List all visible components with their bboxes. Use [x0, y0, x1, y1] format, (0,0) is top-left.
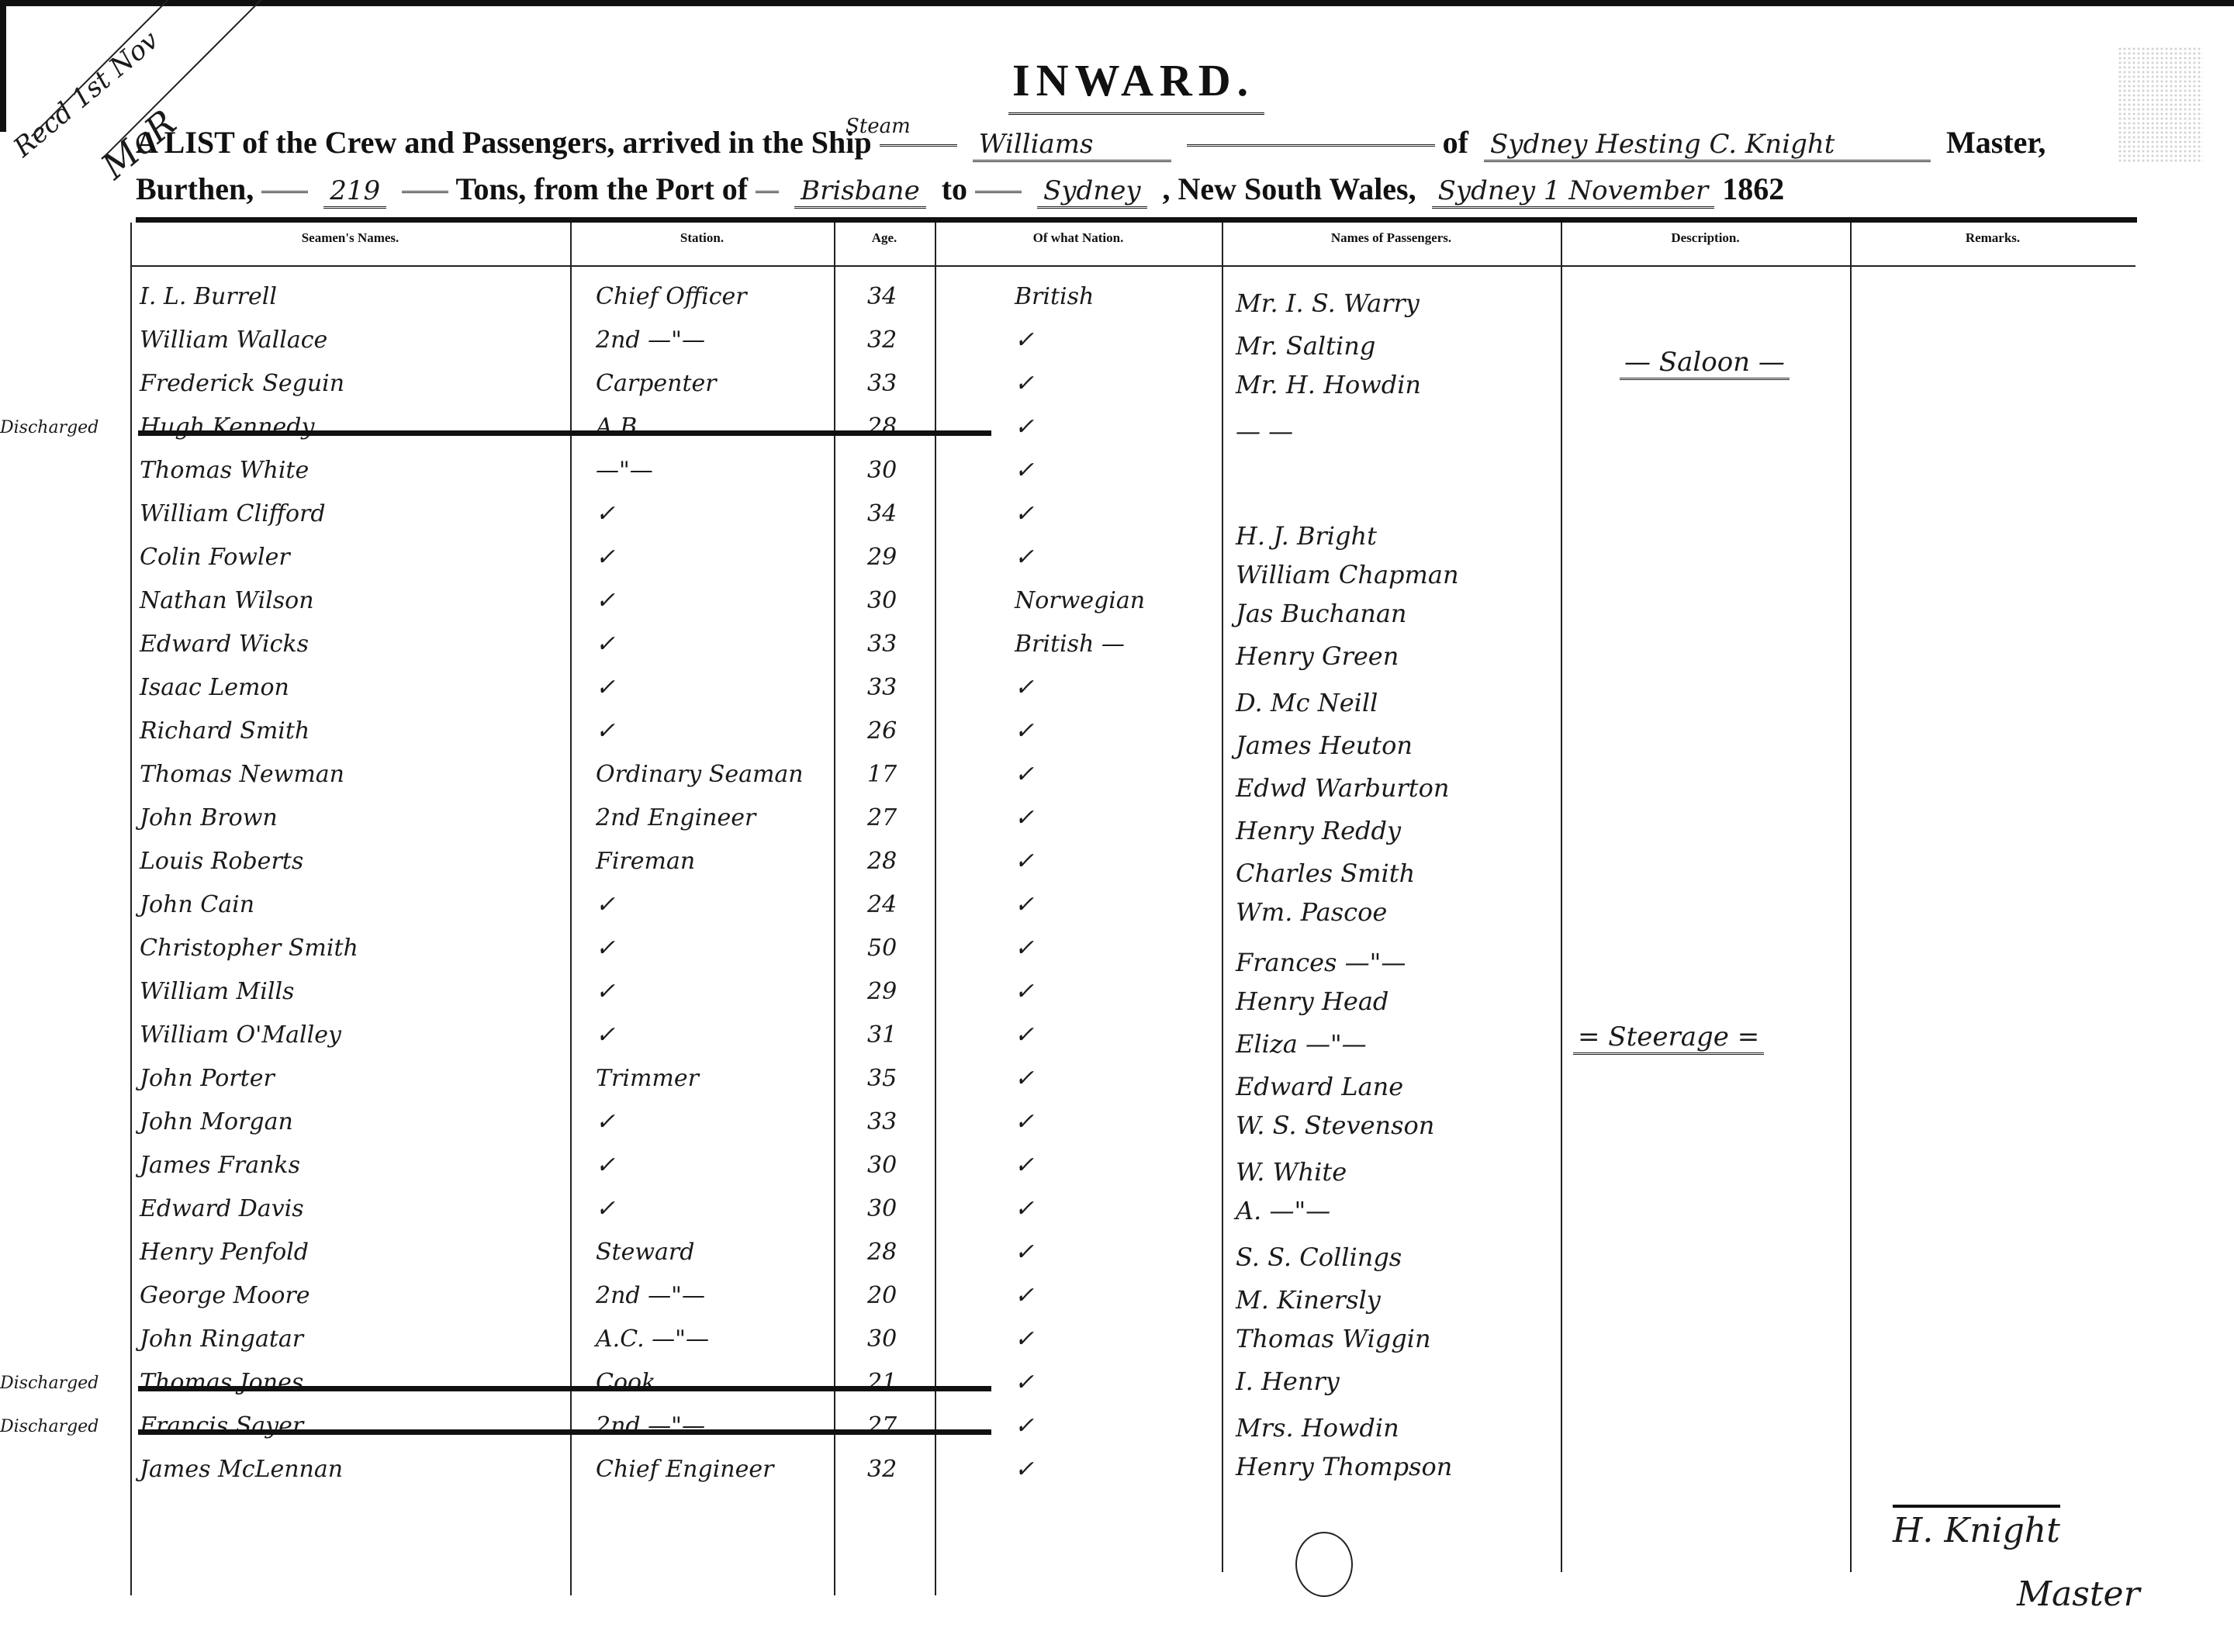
- seaman-station: 2nd —"—: [596, 327, 705, 354]
- seaman-name: Richard Smith: [140, 717, 310, 745]
- seaman-age: 20: [867, 1282, 897, 1309]
- strikethrough-line: [138, 1429, 991, 1435]
- passenger-name: Jas Buchanan: [1236, 599, 1407, 628]
- seaman-age: 27: [867, 1412, 897, 1439]
- seaman-name: Edward Wicks: [140, 631, 309, 658]
- seaman-station: ✓: [596, 674, 615, 701]
- seaman-station: 2nd —"—: [596, 1412, 705, 1439]
- passenger-name: James Heuton: [1236, 731, 1413, 760]
- column-header-age: Age.: [834, 230, 935, 246]
- seaman-age: 30: [867, 1152, 897, 1179]
- seaman-age: 17: [867, 761, 897, 788]
- seaman-station: A.C. —"—: [596, 1325, 709, 1353]
- seaman-nation: ✓: [1015, 1369, 1034, 1396]
- seaman-age: 31: [867, 1021, 897, 1049]
- seaman-station: ✓: [596, 1108, 615, 1135]
- saloon-description: — Saloon —: [1620, 347, 1790, 380]
- master-label: Master,: [1946, 125, 2046, 160]
- fill-rule: [402, 191, 448, 193]
- passenger-name: Edwd Warburton: [1236, 773, 1450, 803]
- seaman-name: John Cain: [140, 891, 254, 918]
- passenger-name: Mr. I. S. Warry: [1236, 289, 1420, 318]
- crew-row: John PorterTrimmer35✓: [130, 1059, 2135, 1102]
- header-line-2: Burthen, 219 Tons, from the Port of Bris…: [136, 171, 1784, 209]
- seal-mark: [1295, 1532, 1353, 1597]
- passenger-name: W. S. Stevenson: [1236, 1111, 1434, 1140]
- seaman-age: 32: [867, 1456, 897, 1483]
- seaman-nation: ✓: [1015, 804, 1034, 831]
- column-header-seamen: Seamen's Names.: [130, 230, 570, 246]
- seaman-age: 30: [867, 1325, 897, 1353]
- seaman-age: 33: [867, 674, 897, 701]
- seaman-nation: ✓: [1015, 674, 1034, 701]
- crew-row: George Moore2nd —"—20✓: [130, 1276, 2135, 1319]
- crew-row: Edward Wicks✓33British —: [130, 624, 2135, 668]
- column-header-nation: Of what Nation.: [935, 230, 1222, 246]
- seaman-name: George Moore: [140, 1282, 310, 1309]
- seaman-age: 34: [867, 500, 897, 527]
- discharged-margin-note: Discharged: [0, 1374, 99, 1393]
- seaman-age: 30: [867, 587, 897, 614]
- passenger-name: Mrs. Howdin: [1236, 1413, 1399, 1443]
- seaman-name: John Morgan: [140, 1108, 293, 1135]
- seaman-station: Steward: [596, 1239, 694, 1266]
- seaman-station: ✓: [596, 1152, 615, 1179]
- column-header-station: Station.: [570, 230, 834, 246]
- seaman-station: ✓: [596, 891, 615, 918]
- to-port: Sydney: [1037, 175, 1147, 209]
- seaman-station: ✓: [596, 1195, 615, 1222]
- seaman-nation: ✓: [1015, 500, 1034, 527]
- column-header-description: Description.: [1561, 230, 1850, 246]
- seaman-age: 28: [867, 848, 897, 875]
- seaman-station: 2nd —"—: [596, 1282, 705, 1309]
- seaman-nation: ✓: [1015, 1108, 1034, 1135]
- column-header-remarks: Remarks.: [1850, 230, 2135, 246]
- scan-edge-top: [0, 0, 2234, 6]
- crew-row: John Morgan✓33✓: [130, 1102, 2135, 1146]
- seaman-name: Hugh Kennedy: [140, 413, 314, 441]
- passenger-name: Eliza —"—: [1236, 1029, 1367, 1059]
- seaman-age: 28: [867, 413, 897, 441]
- seaman-station: Carpenter: [596, 370, 717, 397]
- ship-label: Ship: [811, 125, 872, 160]
- seaman-station: Ordinary Seaman: [596, 761, 804, 788]
- burthen-label: Burthen,: [136, 171, 254, 206]
- seaman-nation: ✓: [1015, 327, 1034, 354]
- passenger-name: H. J. Bright: [1236, 521, 1377, 551]
- fill-rule: [880, 144, 957, 147]
- burthen-tons: 219: [323, 175, 386, 209]
- scan-edge-left: [0, 0, 6, 132]
- header-line-1: A LIST of the Crew and Passengers, arriv…: [136, 124, 2046, 162]
- seaman-station: ✓: [596, 717, 615, 745]
- strikethrough-line: [138, 430, 991, 436]
- crew-row: John Brown2nd Engineer27✓: [130, 798, 2135, 842]
- passenger-name: Henry Thompson: [1236, 1452, 1452, 1481]
- arrival-date: Sydney 1 November: [1432, 175, 1715, 209]
- seaman-station: ✓: [596, 500, 615, 527]
- seaman-name: James McLennan: [140, 1456, 343, 1483]
- seaman-name: Francis Sayer: [140, 1412, 303, 1439]
- tons-label: Tons, from the Port of: [455, 171, 748, 206]
- seaman-nation: ✓: [1015, 1065, 1034, 1092]
- column-header-passengers: Names of Passengers.: [1222, 230, 1561, 246]
- document-title: INWARD.: [1012, 54, 1254, 106]
- crew-row: Henry PenfoldSteward28✓: [130, 1232, 2135, 1276]
- seaman-nation: ✓: [1015, 717, 1034, 745]
- seaman-age: 33: [867, 370, 897, 397]
- crew-row: John Cain✓24✓: [130, 885, 2135, 928]
- seaman-name: John Ringatar: [140, 1325, 303, 1353]
- passenger-name: Henry Reddy: [1236, 816, 1401, 845]
- seaman-station: Trimmer: [596, 1065, 699, 1092]
- seaman-nation: ✓: [1015, 848, 1034, 875]
- seaman-nation: ✓: [1015, 544, 1034, 571]
- seaman-age: 24: [867, 891, 897, 918]
- seaman-age: 21: [867, 1369, 897, 1396]
- crew-row: Isaac Lemon✓33✓: [130, 668, 2135, 711]
- seaman-name: Colin Fowler: [140, 544, 290, 571]
- seaman-name: William Mills: [140, 978, 294, 1005]
- seaman-name: Christopher Smith: [140, 935, 358, 962]
- to-label: to: [942, 171, 967, 206]
- passenger-name: A. —"—: [1236, 1196, 1330, 1225]
- passenger-name: Charles Smith: [1236, 859, 1415, 888]
- list-intro: A LIST of the Crew and Passengers, arriv…: [136, 125, 804, 160]
- seaman-station: Cook: [596, 1369, 655, 1396]
- fill-rule: [756, 191, 779, 193]
- seaman-age: 33: [867, 1108, 897, 1135]
- scan-noise: [2118, 47, 2203, 163]
- master-signature: H. Knight: [1893, 1505, 2060, 1550]
- header-bottom-rule: [130, 265, 2135, 267]
- seaman-station: ✓: [596, 1021, 615, 1049]
- seaman-nation: ✓: [1015, 1239, 1034, 1266]
- crew-row: Nathan Wilson✓30Norwegian: [130, 581, 2135, 624]
- seaman-age: 50: [867, 935, 897, 962]
- seaman-station: Chief Officer: [596, 283, 747, 310]
- seaman-name: Louis Roberts: [140, 848, 303, 875]
- passenger-name: I. Henry: [1236, 1367, 1340, 1396]
- seaman-station: Fireman: [596, 848, 695, 875]
- seaman-nation: ✓: [1015, 457, 1034, 484]
- seaman-age: 29: [867, 978, 897, 1005]
- passenger-name: Thomas Wiggin: [1236, 1324, 1431, 1353]
- master-name: Sydney Hesting C. Knight: [1484, 129, 1931, 162]
- manifest-table: Seamen's Names. Station. Age. Of what Na…: [130, 223, 2135, 1619]
- seaman-age: 34: [867, 283, 897, 310]
- seaman-station: A.B.: [596, 413, 645, 441]
- seaman-nation: ✓: [1015, 1282, 1034, 1309]
- region-label: , New South Wales,: [1163, 171, 1416, 206]
- seaman-name: William Wallace: [140, 327, 327, 354]
- seaman-nation: ✓: [1015, 1195, 1034, 1222]
- steerage-description: = Steerage =: [1573, 1021, 1764, 1055]
- seaman-name: Isaac Lemon: [140, 674, 289, 701]
- passenger-name: Henry Green: [1236, 641, 1399, 671]
- seaman-station: ✓: [596, 978, 615, 1005]
- seaman-nation: ✓: [1015, 1325, 1034, 1353]
- crew-row: James McLennanChief Engineer32✓: [130, 1450, 2135, 1493]
- passenger-name: W. White: [1236, 1157, 1347, 1187]
- seaman-station: ✓: [596, 631, 615, 658]
- seaman-age: 30: [867, 1195, 897, 1222]
- crew-row: Hugh KennedyA.B.28✓: [130, 407, 2135, 451]
- seaman-station: ✓: [596, 935, 615, 962]
- seaman-age: 28: [867, 1239, 897, 1266]
- seaman-name: Frederick Seguin: [140, 370, 344, 397]
- seaman-age: 30: [867, 457, 897, 484]
- discharged-margin-note: Discharged: [0, 1417, 99, 1436]
- passenger-name: Mr. H. Howdin: [1236, 370, 1421, 399]
- seaman-nation: ✓: [1015, 978, 1034, 1005]
- passenger-name: S. S. Collings: [1236, 1242, 1402, 1272]
- crew-row: Frederick SeguinCarpenter33✓: [130, 364, 2135, 407]
- crew-row: William O'Malley✓31✓: [130, 1015, 2135, 1059]
- seaman-age: 35: [867, 1065, 897, 1092]
- seaman-station: ✓: [596, 544, 615, 571]
- from-port: Brisbane: [794, 175, 926, 209]
- seaman-age: 26: [867, 717, 897, 745]
- seaman-name: Nathan Wilson: [140, 587, 314, 614]
- passenger-name: Wm. Pascoe: [1236, 897, 1387, 927]
- seaman-station: ✓: [596, 587, 615, 614]
- seaman-name: Henry Penfold: [140, 1239, 309, 1266]
- arrival-year: 1862: [1722, 171, 1784, 206]
- crew-row: Richard Smith✓26✓: [130, 711, 2135, 755]
- ship-name: Williams: [973, 129, 1171, 162]
- discharged-margin-note: Discharged: [0, 418, 99, 437]
- seaman-nation: ✓: [1015, 1456, 1034, 1483]
- seaman-station: 2nd Engineer: [596, 804, 756, 831]
- seaman-name: I. L. Burrell: [140, 283, 277, 310]
- passenger-name: William Chapman: [1236, 560, 1459, 589]
- seaman-name: William Clifford: [140, 500, 326, 527]
- seaman-name: William O'Malley: [140, 1021, 341, 1049]
- crew-row: James Franks✓30✓: [130, 1146, 2135, 1189]
- crew-row: Francis Sayer2nd —"—27✓: [130, 1406, 2135, 1450]
- seaman-name: John Porter: [140, 1065, 275, 1092]
- seaman-name: Thomas White: [140, 457, 309, 484]
- passenger-name: Henry Head: [1236, 987, 1388, 1016]
- seaman-station: —"—: [596, 457, 653, 484]
- seaman-nation: ✓: [1015, 891, 1034, 918]
- seaman-name: John Brown: [140, 804, 278, 831]
- fill-rule: [1187, 144, 1435, 147]
- seaman-nation: ✓: [1015, 413, 1034, 441]
- seaman-nation: British —: [1015, 631, 1125, 658]
- seaman-nation: ✓: [1015, 1412, 1034, 1439]
- seaman-name: James Franks: [140, 1152, 300, 1179]
- seaman-nation: British: [1015, 283, 1094, 310]
- crew-row: Edward Davis✓30✓: [130, 1189, 2135, 1232]
- passenger-name: — —: [1236, 416, 1293, 446]
- seaman-nation: ✓: [1015, 1021, 1034, 1049]
- crew-row: Christopher Smith✓50✓: [130, 928, 2135, 972]
- seaman-age: 32: [867, 327, 897, 354]
- fill-rule: [261, 191, 308, 193]
- seaman-nation: ✓: [1015, 935, 1034, 962]
- seaman-nation: ✓: [1015, 1152, 1034, 1179]
- seaman-name: Thomas Newman: [140, 761, 344, 788]
- passenger-name: Edward Lane: [1236, 1072, 1403, 1101]
- seaman-nation: Norwegian: [1015, 587, 1145, 614]
- crew-row: Louis RobertsFireman28✓: [130, 842, 2135, 885]
- title-underline: [1008, 112, 1264, 115]
- of-label: of: [1443, 125, 1468, 160]
- master-title: Master: [2017, 1574, 2140, 1614]
- seaman-age: 29: [867, 544, 897, 571]
- crew-row: Thomas NewmanOrdinary Seaman17✓: [130, 755, 2135, 798]
- passenger-name: Frances —"—: [1236, 948, 1406, 977]
- crew-row: John RingatarA.C. —"—30✓: [130, 1319, 2135, 1363]
- seaman-station: Chief Engineer: [596, 1456, 773, 1483]
- crew-row: William Wallace2nd —"—32✓: [130, 320, 2135, 364]
- passenger-name: M. Kinersly: [1236, 1285, 1381, 1315]
- crew-row: Thomas White—"—30✓: [130, 451, 2135, 494]
- seaman-name: Edward Davis: [140, 1195, 304, 1222]
- strikethrough-line: [138, 1386, 991, 1391]
- crew-row: William Clifford✓34✓: [130, 494, 2135, 537]
- crew-row: William Mills✓29✓: [130, 972, 2135, 1015]
- crew-row: I. L. BurrellChief Officer34British: [130, 277, 2135, 320]
- seaman-nation: ✓: [1015, 370, 1034, 397]
- header-thick-rule: [136, 217, 2137, 223]
- passenger-name: Mr. Salting: [1236, 331, 1375, 361]
- crew-row: Thomas JonesCook21✓: [130, 1363, 2135, 1406]
- fill-rule: [975, 191, 1022, 193]
- seaman-name: Thomas Jones: [140, 1369, 303, 1396]
- seaman-age: 33: [867, 631, 897, 658]
- seaman-nation: ✓: [1015, 761, 1034, 788]
- seaman-age: 27: [867, 804, 897, 831]
- crew-row: Colin Fowler✓29✓: [130, 537, 2135, 581]
- passenger-name: D. Mc Neill: [1236, 688, 1378, 717]
